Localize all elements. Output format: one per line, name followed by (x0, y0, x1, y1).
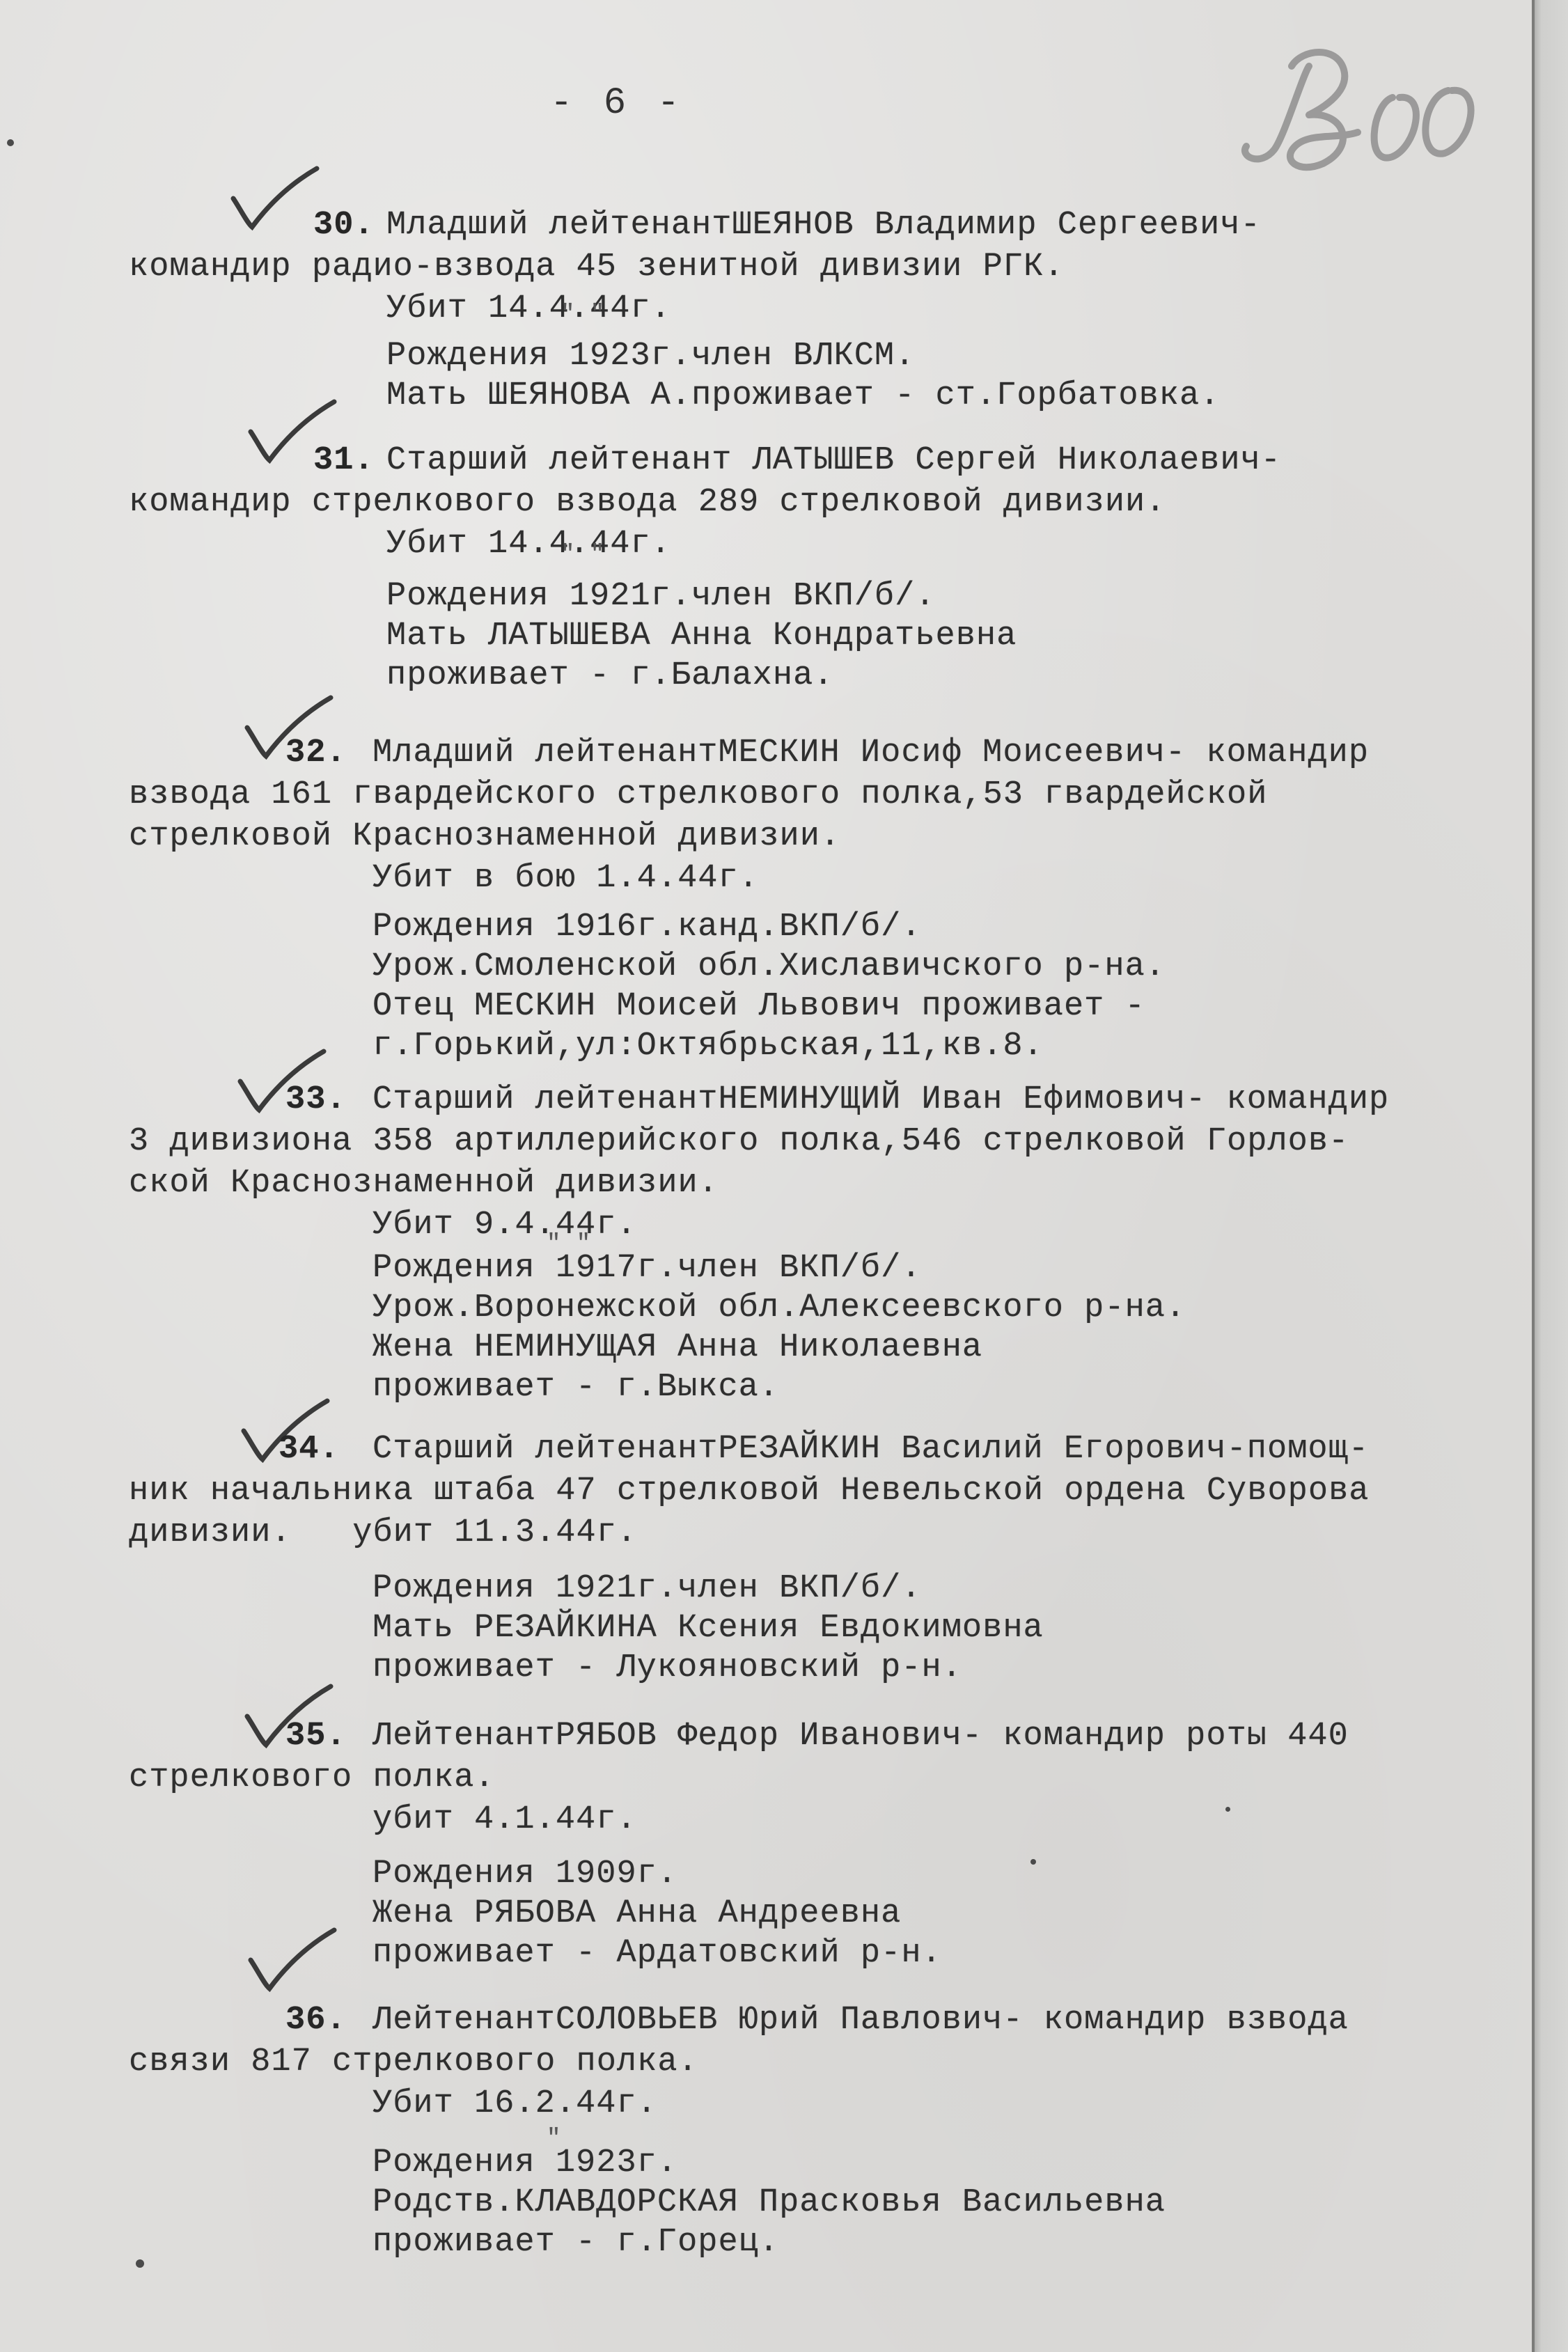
entry-detail-line: Рождения 1923г. (373, 2141, 677, 2186)
entry-detail-line: проживает - г.Выкса. (373, 1365, 779, 1410)
scan-speck (1030, 1859, 1036, 1865)
entry-heading-line: ник начальника штаба 47 стрелковой Невел… (129, 1469, 1369, 1514)
entry-number: 33. (285, 1078, 347, 1122)
entry-death-date: Убит 14.4.44г. (386, 522, 671, 567)
entry-detail-line: проживает - г.Горец. (373, 2220, 779, 2265)
entry-heading-line: взвода 161 гвардейского стрелкового полк… (129, 773, 1267, 817)
entry-detail-line: Отец МЕСКИН Моисей Львович проживает - (373, 985, 1145, 1029)
entry-number: 35. (285, 1714, 347, 1759)
page-number: - 6 - (550, 82, 684, 125)
entry-heading-line: Старший лейтенантНЕМИНУЩИЙ Иван Ефимович… (373, 1078, 1389, 1122)
entry-number: 31. (313, 439, 375, 483)
entry-heading-line: Младший лейтенантМЕСКИН Иосиф Моисеевич-… (373, 731, 1369, 776)
entry-detail-line: Рождения 1917г.член ВКП/б/. (373, 1246, 922, 1291)
entry-death-date: Убит 14.4.44г. (386, 287, 671, 331)
entry-heading-line: 3 дивизиона 358 артиллерийского полка,54… (129, 1120, 1349, 1164)
entry-detail-line: Мать РЕЗАЙКИНА Ксения Евдокимовна (373, 1606, 1044, 1651)
entry-detail-line: Родств.КЛАВДОРСКАЯ Прасковья Васильевна (373, 2181, 1166, 2225)
entry-number: 36. (285, 1998, 347, 2043)
handwritten-annotation-mark (1232, 28, 1497, 174)
entry-detail-line: проживает - Ардатовский р-н. (373, 1931, 942, 1976)
entry-detail-line: Мать ШЕЯНОВА А.проживает - ст.Горбатовка… (386, 374, 1220, 418)
entry-heading-line: Старший лейтенант ЛАТЫШЕВ Сергей Николае… (386, 439, 1281, 483)
scan-speck (7, 139, 14, 146)
entry-detail-line: Рождения 1923г.член ВЛКСМ. (386, 334, 915, 379)
entry-number: 30. (313, 203, 375, 248)
entry-death-date: дивизии. убит 11.3.44г. (129, 1511, 637, 1555)
entry-heading-line: стрелкового полка. (129, 1756, 495, 1801)
entry-heading-line: ЛейтенантСОЛОВЬЕВ Юрий Павлович- команди… (373, 1998, 1349, 2043)
entry-detail-line: Урож.Смоленской обл.Хиславичского р-на. (373, 945, 1166, 989)
entry-heading-line: Старший лейтенантРЕЗАЙКИН Василий Егоров… (373, 1427, 1369, 1472)
entry-heading-line: стрелковой Краснознаменной дивизии. (129, 815, 840, 859)
entry-detail-line: Рождения 1916г.канд.ВКП/б/. (373, 905, 922, 950)
entry-detail-line: Жена НЕМИНУЩАЯ Анна Николаевна (373, 1326, 982, 1370)
entry-detail-line: Рождения 1921г.член ВКП/б/. (373, 1567, 922, 1611)
entry-detail-line: Урож.Воронежской обл.Алексеевского р-на. (373, 1286, 1186, 1331)
entry-detail-line: г.Горький,ул:Октябрьская,11,кв.8. (373, 1024, 1044, 1069)
entry-death-date: Убит 9.4.44г. (373, 1203, 637, 1248)
entry-number: 32. (285, 731, 347, 776)
entry-detail-line: Мать ЛАТЫШЕВА Анна Кондратьевна (386, 614, 1017, 659)
entry-heading-line: ЛейтенантРЯБОВ Федор Иванович- командир … (373, 1714, 1349, 1759)
entry-death-date: Убит 16.2.44г. (373, 2082, 657, 2126)
scan-speck (1225, 1807, 1230, 1812)
entry-detail-line: Рождения 1909г. (373, 1852, 677, 1897)
entry-detail-line: проживает - г.Балахна. (386, 654, 834, 698)
entry-heading-line: Младший лейтенантШЕЯНОВ Владимир Сергеев… (386, 203, 1261, 248)
entry-detail-line: Жена РЯБОВА Анна Андреевна (373, 1892, 901, 1936)
page-edge (1532, 0, 1568, 2352)
entry-number: 34. (279, 1427, 340, 1472)
ditto-mark: " " (560, 292, 605, 337)
entry-heading-line: командир радио-взвода 45 зенитной дивизи… (129, 245, 1064, 290)
entry-detail-line: Рождения 1921г.член ВКП/б/. (386, 574, 936, 619)
scan-speck (136, 2259, 144, 2268)
entry-detail-line: проживает - Лукояновский р-н. (373, 1646, 962, 1691)
checkmark-icon (247, 1929, 338, 1991)
ditto-mark: " " (560, 533, 605, 577)
checkmark-icon (230, 167, 320, 230)
entry-heading-line: ской Краснознаменной дивизии. (129, 1161, 719, 1206)
entry-heading-line: командир стрелкового взвода 289 стрелков… (129, 480, 1166, 525)
entry-death-date: убит 4.1.44г. (373, 1798, 637, 1842)
entry-death-date: Убит в бою 1.4.44г. (373, 856, 759, 901)
entry-heading-line: связи 817 стрелкового полка. (129, 2040, 698, 2085)
